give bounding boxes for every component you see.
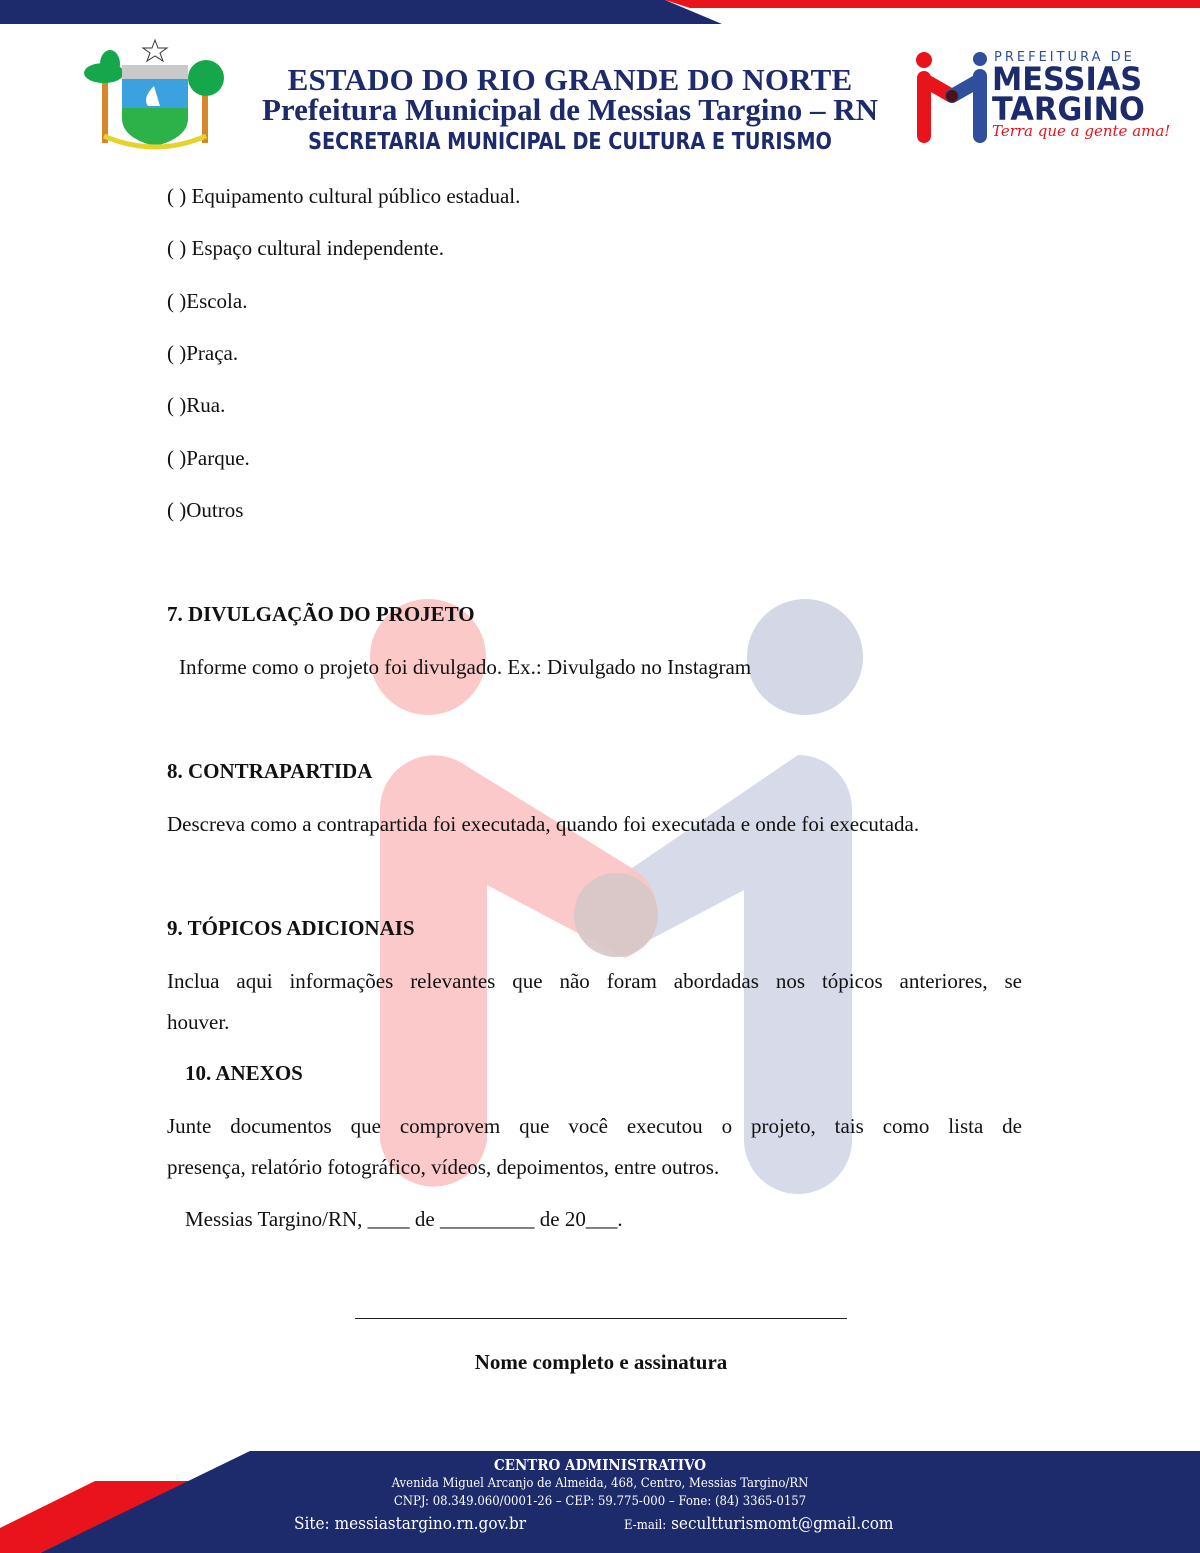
footer-email-link[interactable]: secultturismomt@gmail.com [671,1514,893,1534]
option-item: ( ) Equipamento cultural público estadua… [167,184,520,209]
footer-email-label: E-mail: [624,1518,666,1533]
section-7-heading: 7. DIVULGAÇÃO DO PROJETO [167,602,475,627]
section-8-heading: 8. CONTRAPARTIDA [167,759,372,784]
section-10-text-line2: presença, relatório fotográfico, vídeos,… [167,1155,719,1180]
section-8-text: Descreva como a contrapartida foi execut… [167,812,919,837]
signature-label: Nome completo e assinatura [355,1350,847,1375]
option-item: ( )Praça. [167,341,238,366]
footer-title: CENTRO ADMINISTRATIVO [280,1456,920,1474]
logo-slogan: Terra que a gente ama! [992,122,1170,140]
logo-mark-icon [910,44,995,144]
header-secretariat-title: SECRETARIA MUNICIPAL DE CULTURA E TURISM… [272,129,867,155]
top-banner-decoration [0,0,1200,30]
section-9-text-line1: Inclua aqui informações relevantes que n… [167,969,1022,994]
option-item: ( )Outros [167,498,243,523]
section-10-text-line1: Junte documentos que comprovem que você … [167,1114,1022,1139]
header-municipality-title: Prefeitura Municipal de Messias Targino … [250,92,890,128]
footer-email: E-mail: secultturismomt@gmail.com [624,1514,893,1534]
footer-registration: CNPJ: 08.349.060/0001-26 – CEP: 59.775-0… [280,1494,920,1509]
municipality-logo: PREFEITURA DE MESSIAS TARGINO Terra que … [910,44,1160,144]
option-item: ( )Parque. [167,446,250,471]
section-9-text-line2: houver. [167,1010,229,1035]
section-9-heading: 9. TÓPICOS ADICIONAIS [167,916,415,941]
section-10-heading: 10. ANEXOS [185,1061,303,1086]
option-item: ( ) Espaço cultural independente. [167,236,444,261]
signature-line [355,1318,847,1319]
section-7-text: Informe como o projeto foi divulgado. Ex… [179,655,751,680]
state-coat-of-arms [82,38,228,156]
footer-site-link[interactable]: Site: messiastargino.rn.gov.br [294,1514,526,1534]
footer-address: Avenida Miguel Arcanjo de Almeida, 468, … [280,1476,920,1491]
option-item: ( )Rua. [167,393,225,418]
date-line: Messias Targino/RN, ____ de _________ de… [185,1207,623,1232]
option-item: ( )Escola. [167,289,247,314]
